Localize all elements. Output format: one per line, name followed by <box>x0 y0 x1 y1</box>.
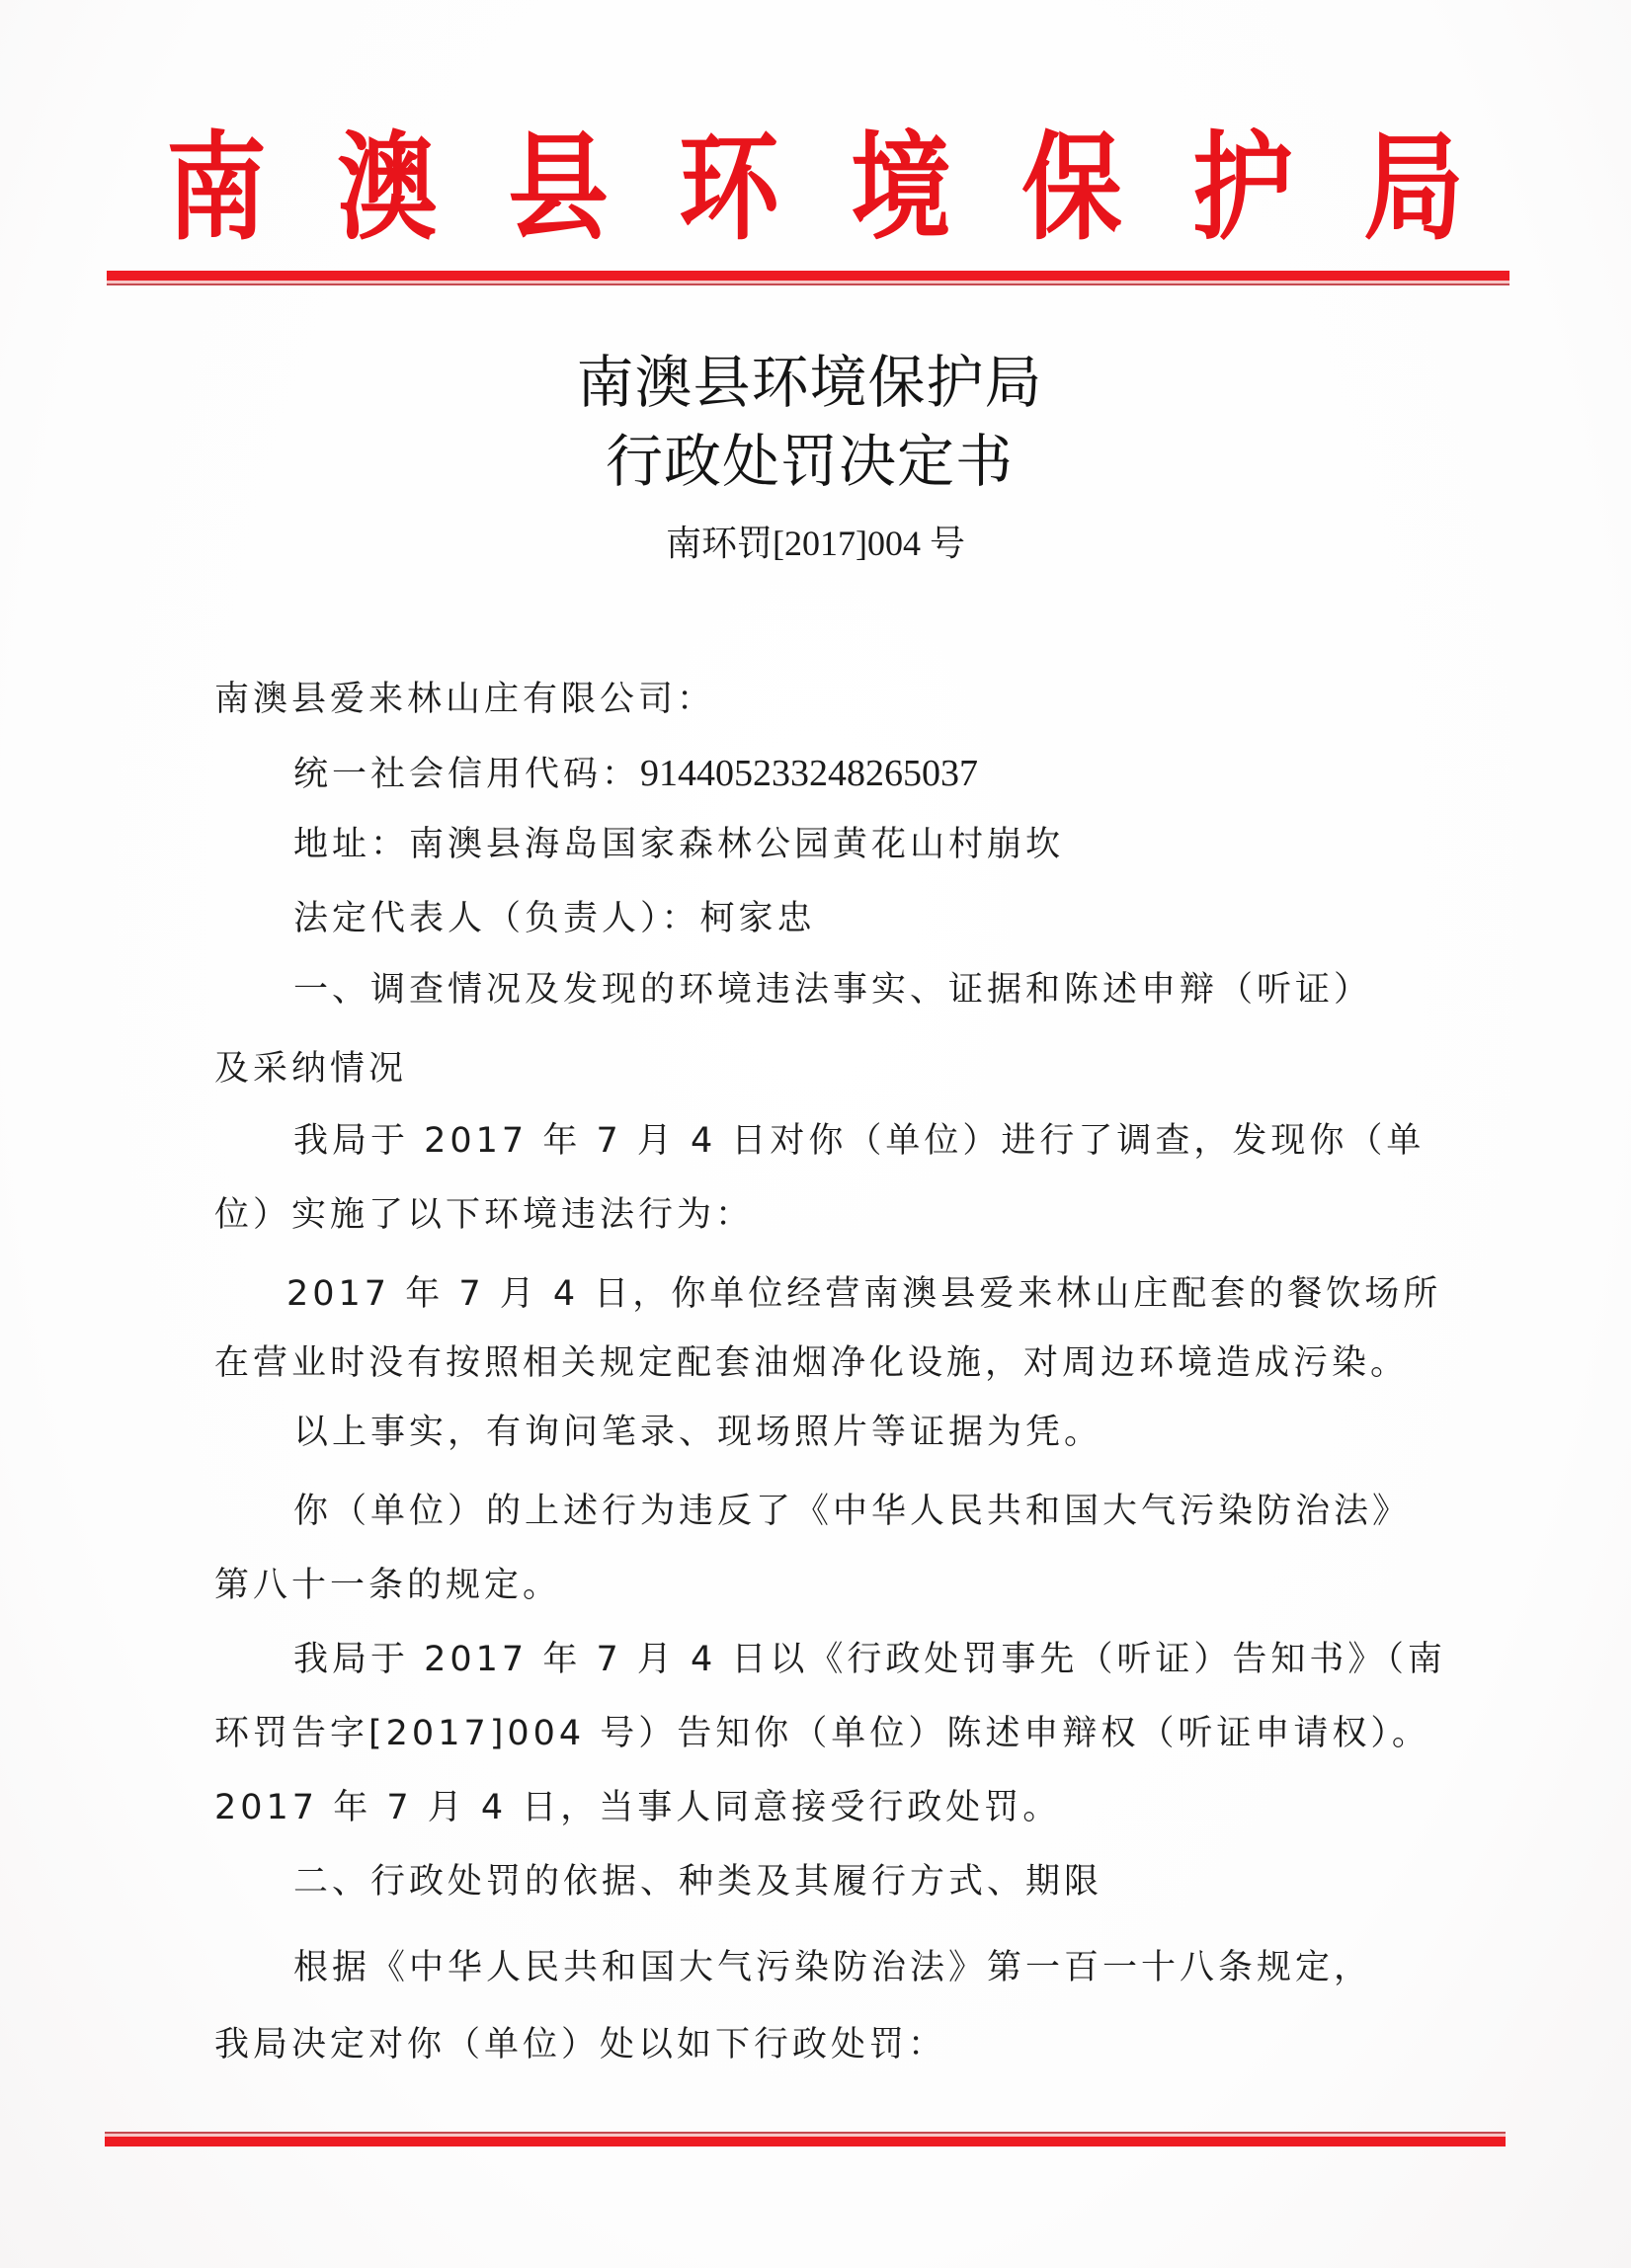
address-label: 地址： <box>293 825 409 864</box>
document-number: 南环罚[2017]004 号 <box>0 522 1631 565</box>
paragraph-line: 第八十一条的规定。 <box>214 1564 1429 1607</box>
paragraph-line: 我局于 2017 年 7 月 4 日对你（单位）进行了调查，发现你（单 <box>293 1119 1509 1163</box>
letterhead-char: 澳 <box>337 119 437 257</box>
rule-thick-line <box>105 2137 1506 2146</box>
rule-thin-line <box>107 283 1509 285</box>
paragraph-line: 位）实施了以下环境违法行为： <box>214 1193 1429 1237</box>
paragraph-line: 我局决定对你（单位）处以如下行政处罚： <box>214 2023 1429 2066</box>
letterhead-char: 县 <box>509 119 609 257</box>
letterhead-char: 护 <box>1192 119 1292 257</box>
section1-heading: 一、调查情况及发现的环境违法事实、证据和陈述申辩（听证） <box>293 968 1509 1012</box>
letterhead-char: 南 <box>166 119 266 257</box>
paragraph-line: 我局于 2017 年 7 月 4 日以《行政处罚事先（听证）告知书》（南 <box>293 1638 1509 1681</box>
paragraph-line: 你（单位）的上述行为违反了《中华人民共和国大气污染防治法》 <box>293 1490 1509 1533</box>
paragraph-line: 2017 年 7 月 4 日，当事人同意接受行政处罚。 <box>214 1786 1429 1829</box>
credit-code-label: 统一社会信用代码： <box>293 755 640 794</box>
letterhead-char: 环 <box>680 119 779 257</box>
legal-rep-line: 法定代表人（负责人）：柯家忠 <box>293 897 1509 940</box>
legal-rep-value: 柯家忠 <box>700 899 816 938</box>
footer-red-rule <box>105 2132 1506 2146</box>
document-page: 南 澳 县 环 境 保 护 局 南澳县环境保护局 行政处罚决定书 南环罚[201… <box>0 0 1631 2268</box>
letterhead: 南 澳 县 环 境 保 护 局 <box>158 119 1472 257</box>
letterhead-red-rule <box>107 271 1509 285</box>
address-line: 地址：南澳县海岛国家森林公园黄花山村崩坎 <box>293 823 1509 866</box>
letterhead-char: 境 <box>851 119 950 257</box>
document-title-agency: 南澳县环境保护局 <box>0 348 1625 417</box>
section1-heading-cont: 及采纳情况 <box>214 1047 1429 1091</box>
letterhead-char: 局 <box>1363 119 1463 257</box>
document-title-type: 行政处罚决定书 <box>0 427 1625 496</box>
paragraph-line: 环罚告字[2017]004 号）告知你（单位）陈述申辩权（听证申请权）。 <box>214 1712 1429 1755</box>
address-value: 南澳县海岛国家森林公园黄花山村崩坎 <box>409 825 1064 864</box>
letterhead-char: 保 <box>1021 119 1121 257</box>
legal-rep-label: 法定代表人（负责人）： <box>293 899 700 938</box>
addressee-company: 南澳县爱来林山庄有限公司： <box>214 678 1429 721</box>
paragraph-line: 根据《中华人民共和国大气污染防治法》第一百一十八条规定， <box>293 1946 1509 1989</box>
section2-heading: 二、行政处罚的依据、种类及其履行方式、期限 <box>293 1860 1509 1903</box>
paragraph-line: 在营业时没有按照相关规定配套油烟净化设施，对周边环境造成污染。 <box>214 1341 1429 1385</box>
credit-code-value: 914405233248265037 <box>640 753 978 794</box>
rule-thick-line <box>107 271 1509 281</box>
paragraph-line: 以上事实，有询问笔录、现场照片等证据为凭。 <box>293 1411 1509 1454</box>
paragraph-line: 2017 年 7 月 4 日，你单位经营南澳县爱来林山庄配套的餐饮场所 <box>286 1272 1502 1316</box>
credit-code-line: 统一社会信用代码：914405233248265037 <box>293 752 1509 796</box>
